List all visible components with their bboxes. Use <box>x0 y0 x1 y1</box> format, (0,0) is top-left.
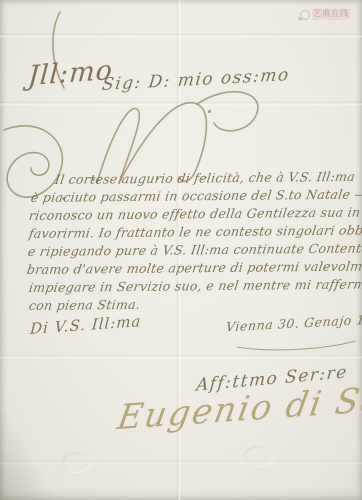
watermark: 艺典在线 <box>300 9 350 20</box>
body-line: riconosco un nuovo effetto della Gentile… <box>28 205 362 223</box>
dateline: Vienna 30. Genajo 1735 <box>225 311 362 335</box>
letter-photograph: 艺典在线 Jll:mo Sig: D: mio oss:mo Il cortes… <box>0 0 362 500</box>
salutation-text: Sig: D: mio oss:mo <box>101 65 291 95</box>
body-line: Il cortese augurio di felicità, che à V.… <box>54 169 356 187</box>
fold-crease-horizontal <box>0 354 362 359</box>
closing-address: Di V.S. Ill:ma <box>30 312 143 338</box>
date-underline-flourish-icon <box>237 341 355 350</box>
fold-crease-horizontal <box>0 101 362 106</box>
fold-crease-horizontal <box>0 33 362 38</box>
watermark-label: 艺典在线 <box>312 9 350 20</box>
body-line: e ripiegando pure à V.S. Ill:ma continua… <box>27 240 362 259</box>
emboss-mark <box>244 446 272 466</box>
magnifier-icon <box>300 10 310 20</box>
ink-specks <box>0 0 1 1</box>
body-line: bramo d'avere molte aperture di potermi … <box>26 258 362 277</box>
emboss-mark <box>62 452 90 472</box>
body-line: con piena Stima. <box>28 297 141 313</box>
body-line: impiegare in Servizio suo, e nel mentre … <box>28 276 362 295</box>
body-line: è piaciuto passarmi in occasione del S.t… <box>30 186 362 205</box>
initial-n-flourish-icon <box>197 92 258 131</box>
body-line: favorirmi. Io frattanto le ne contesto s… <box>28 222 362 241</box>
